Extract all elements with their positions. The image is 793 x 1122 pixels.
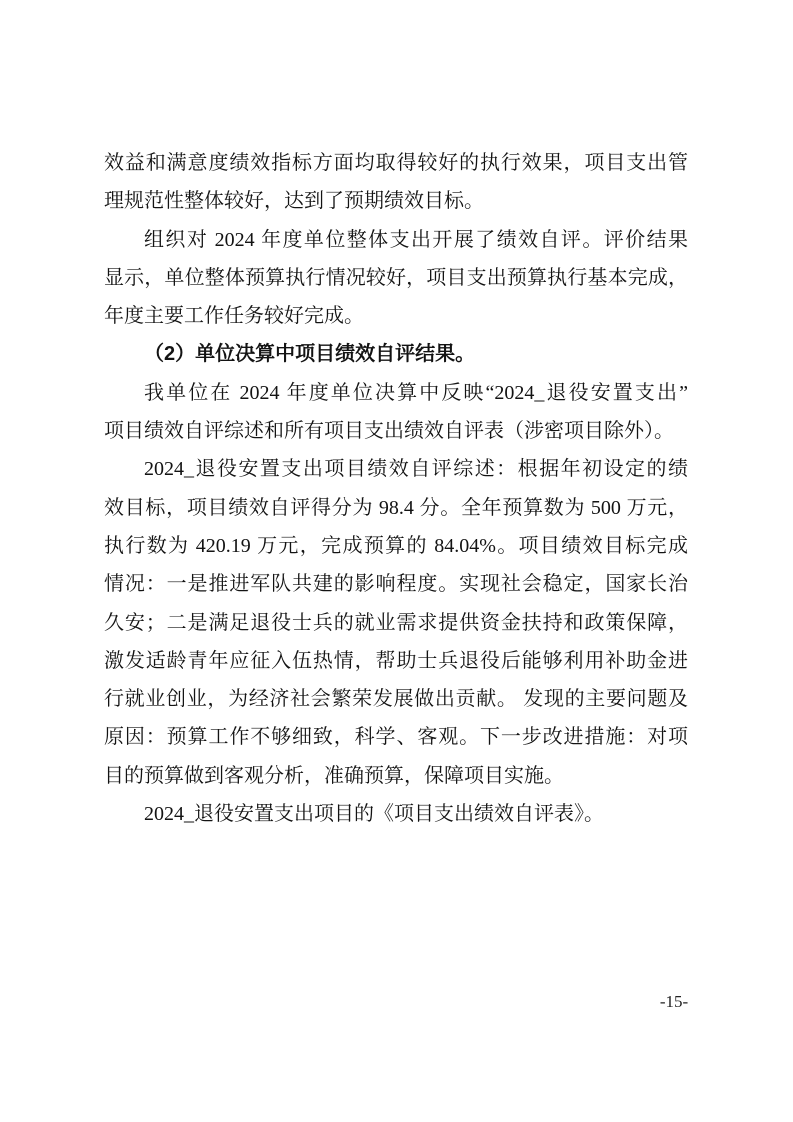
body-line: 组织对 2024 年度单位整体支出开展了绩效自评。评价结果 <box>104 221 688 259</box>
body-line: 情况：一是推进军队共建的影响程度。实现社会稳定，国家长治 <box>104 565 688 603</box>
body-line: 我单位在 2024 年度单位决算中反映“2024_退役安置支出” <box>104 374 688 412</box>
document-page: 效益和满意度绩效指标方面均取得较好的执行效果，项目支出管 理规范性整体较好，达到… <box>0 0 793 1122</box>
page-number: -15- <box>648 992 700 1012</box>
document-body: 效益和满意度绩效指标方面均取得较好的执行效果，项目支出管 理规范性整体较好，达到… <box>104 144 688 833</box>
body-line: 原因：预算工作不够细致，科学、客观。下一步改进措施：对项 <box>104 718 688 756</box>
body-line: 目的预算做到客观分析，准确预算，保障项目实施。 <box>104 757 688 795</box>
body-line: 效益和满意度绩效指标方面均取得较好的执行效果，项目支出管 <box>104 144 688 182</box>
body-line: 久安；二是满足退役士兵的就业需求提供资金扶持和政策保障， <box>104 604 688 642</box>
body-line: 2024_退役安置支出项目的《项目支出绩效自评表》。 <box>104 795 688 833</box>
body-line: 年度主要工作任务较好完成。 <box>104 297 688 335</box>
body-line: 2024_退役安置支出项目绩效自评综述：根据年初设定的绩 <box>104 450 688 488</box>
body-line: 效目标，项目绩效自评得分为 98.4 分。全年预算数为 500 万元， <box>104 489 688 527</box>
body-line: 项目绩效自评综述和所有项目支出绩效自评表（涉密项目除外）。 <box>104 412 688 450</box>
body-line: 理规范性整体较好，达到了预期绩效目标。 <box>104 182 688 220</box>
body-line: 执行数为 420.19 万元，完成预算的 84.04%。项目绩效目标完成 <box>104 527 688 565</box>
section-heading: （2）单位决算中项目绩效自评结果。 <box>104 335 688 373</box>
body-line: 显示，单位整体预算执行情况较好，项目支出预算执行基本完成， <box>104 259 688 297</box>
body-line: 行就业创业，为经济社会繁荣发展做出贡献。 发现的主要问题及 <box>104 680 688 718</box>
body-line: 激发适龄青年应征入伍热情，帮助士兵退役后能够利用补助金进 <box>104 642 688 680</box>
